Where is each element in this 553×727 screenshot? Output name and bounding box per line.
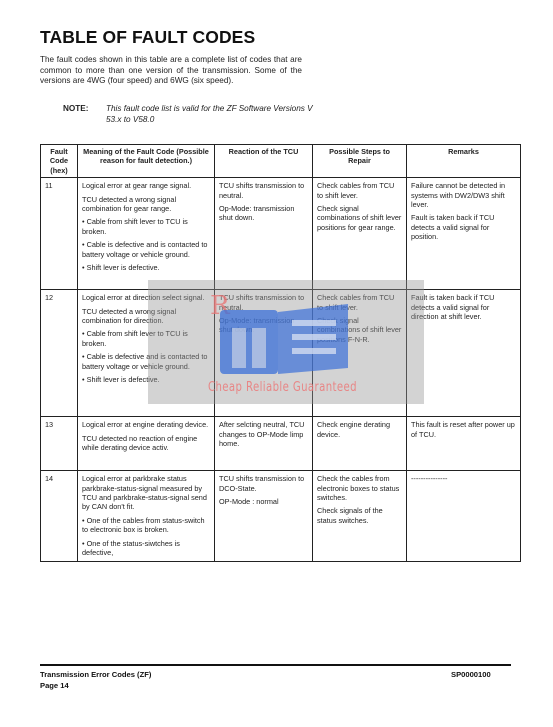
fault-code-cell: 11 bbox=[41, 178, 78, 290]
meaning-line: • Cable from shift lever to TCU is broke… bbox=[82, 329, 210, 348]
remarks-line: This fault is reset after power up of TC… bbox=[411, 420, 516, 439]
reaction-line: Op-Mode: transmission shut down. bbox=[219, 316, 308, 335]
intro-paragraph: The fault codes shown in this table are … bbox=[40, 55, 302, 87]
document-page: TABLE OF FAULT CODES The fault codes sho… bbox=[0, 0, 553, 727]
footer-left: Transmission Error Codes (ZF) Page 14 bbox=[40, 670, 151, 691]
repair-cell: Check cables from TCU to shift lever.Che… bbox=[313, 178, 407, 290]
meaning-cell: Logical error at engine derating device.… bbox=[78, 417, 215, 471]
fault-code-table: Fault Code (hex) Meaning of the Fault Co… bbox=[40, 144, 521, 562]
meaning-line: Logical error at gear range signal. bbox=[82, 181, 210, 190]
reaction-line: TCU shifts transmission to neutral. bbox=[219, 181, 308, 200]
meaning-line: TCU detected a wrong signal combination … bbox=[82, 307, 210, 326]
table-row: 14Logical error at parkbrake status park… bbox=[41, 471, 521, 562]
repair-cell: Check the cables from electronic boxes t… bbox=[313, 471, 407, 562]
reaction-cell: TCU shifts transmission to neutral.Op-Mo… bbox=[215, 178, 313, 290]
meaning-line: • One of the status-siwtches is defectiv… bbox=[82, 539, 210, 558]
header-remarks: Remarks bbox=[407, 145, 521, 178]
fault-code-cell: 14 bbox=[41, 471, 78, 562]
remarks-cell: This fault is reset after power up of TC… bbox=[407, 417, 521, 471]
meaning-cell: Logical error at direction select signal… bbox=[78, 290, 215, 417]
fault-code-cell: 12 bbox=[41, 290, 78, 417]
header-repair: Possible Steps to Repair bbox=[313, 145, 407, 178]
repair-line: Check signal combinations of shift lever… bbox=[317, 204, 402, 232]
repair-cell: Check cables from TCU to shift lever.Che… bbox=[313, 290, 407, 417]
meaning-line: Logical error at direction select signal… bbox=[82, 293, 210, 302]
table-row: 12Logical error at direction select sign… bbox=[41, 290, 521, 417]
meaning-line: • Cable from shift lever to TCU is broke… bbox=[82, 217, 210, 236]
header-fault-code: Fault Code (hex) bbox=[41, 145, 78, 178]
table-header-row: Fault Code (hex) Meaning of the Fault Co… bbox=[41, 145, 521, 178]
repair-line: Check signal combinations of shift lever… bbox=[317, 316, 402, 344]
repair-line: Check engine derating device. bbox=[317, 420, 402, 439]
footer-doc-title: Transmission Error Codes (ZF) bbox=[40, 670, 151, 681]
repair-line: Check the cables from electronic boxes t… bbox=[317, 474, 402, 502]
footer-doc-number: SP0000100 bbox=[451, 670, 491, 679]
remarks-cell: --------------- bbox=[407, 471, 521, 562]
footer-divider bbox=[40, 664, 511, 666]
reaction-line: TCU shifts transmission to neutral. bbox=[219, 293, 308, 312]
reaction-line: TCU shifts transmission to DCO-State. bbox=[219, 474, 308, 493]
reaction-cell: TCU shifts transmission to DCO-State.OP-… bbox=[215, 471, 313, 562]
meaning-line: • Shift lever is defective. bbox=[82, 263, 210, 272]
note-text: This fault code list is valid for the ZF… bbox=[106, 104, 316, 125]
meaning-line: • Cable is defective and is contacted to… bbox=[82, 240, 210, 259]
reaction-cell: TCU shifts transmission to neutral.Op-Mo… bbox=[215, 290, 313, 417]
fault-code-cell: 13 bbox=[41, 417, 78, 471]
note-label: NOTE: bbox=[63, 104, 88, 115]
remarks-line: Fault is taken back if TCU detects a val… bbox=[411, 293, 516, 321]
reaction-cell: After selcting neutral, TCU changes to O… bbox=[215, 417, 313, 471]
table-row: 11Logical error at gear range signal.TCU… bbox=[41, 178, 521, 290]
header-reaction: Reaction of the TCU bbox=[215, 145, 313, 178]
meaning-line: Logical error at engine derating device. bbox=[82, 420, 210, 429]
header-meaning: Meaning of the Fault Code (Possible reas… bbox=[78, 145, 215, 178]
meaning-cell: Logical error at parkbrake status parkbr… bbox=[78, 471, 215, 562]
repair-line: Check cables from TCU to shift lever. bbox=[317, 181, 402, 200]
remarks-line: Failure cannot be detected in systems wi… bbox=[411, 181, 516, 209]
reaction-line: OP-Mode : normal bbox=[219, 497, 308, 506]
repair-cell: Check engine derating device. bbox=[313, 417, 407, 471]
reaction-line: After selcting neutral, TCU changes to O… bbox=[219, 420, 308, 448]
table-row: 13Logical error at engine derating devic… bbox=[41, 417, 521, 471]
remarks-cell: Failure cannot be detected in systems wi… bbox=[407, 178, 521, 290]
remarks-line: --------------- bbox=[411, 474, 516, 483]
reaction-line: Op-Mode: transmission shut down. bbox=[219, 204, 308, 223]
meaning-line: TCU detected a wrong signal combination … bbox=[82, 195, 210, 214]
repair-line: Check signals of the status switches. bbox=[317, 506, 402, 525]
meaning-line: • Cable is defective and is contacted to… bbox=[82, 352, 210, 371]
remarks-line: Fault is taken back if TCU detects a val… bbox=[411, 213, 516, 241]
meaning-line: • Shift lever is defective. bbox=[82, 375, 210, 384]
page-title: TABLE OF FAULT CODES bbox=[40, 27, 255, 48]
footer-page-number: Page 14 bbox=[40, 681, 151, 692]
repair-line: Check cables from TCU to shift lever. bbox=[317, 293, 402, 312]
meaning-line: Logical error at parkbrake status parkbr… bbox=[82, 474, 210, 512]
remarks-cell: Fault is taken back if TCU detects a val… bbox=[407, 290, 521, 417]
meaning-line: TCU detected no reaction of engine while… bbox=[82, 434, 210, 453]
meaning-line: • One of the cables from status-switch t… bbox=[82, 516, 210, 535]
meaning-cell: Logical error at gear range signal.TCU d… bbox=[78, 178, 215, 290]
